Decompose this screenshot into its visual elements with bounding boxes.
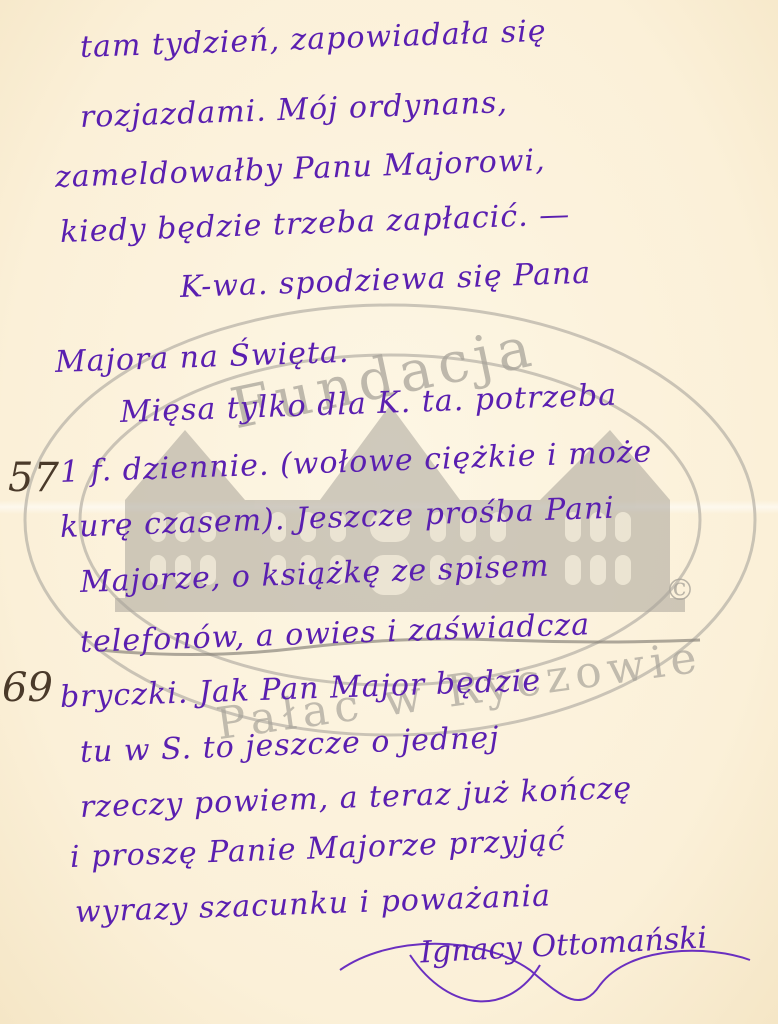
copyright-icon: © (665, 573, 695, 608)
letter-line: rzeczy powiem, a teraz już kończę (79, 771, 632, 825)
letter-line: bryczki. Jak Pan Major będzie (59, 663, 541, 715)
margin-note: 69 (2, 665, 53, 711)
letter-line: i proszę Panie Majorze przyjąć (69, 823, 566, 875)
letter-line: K-wa. spodziewa się Pana (179, 256, 591, 305)
letter-line: Majora na Święta. (54, 335, 350, 380)
letter-line: kiedy będzie trzeba zapłacić. — (59, 197, 570, 250)
letter-line: Majorze, o książkę ze spisem (79, 549, 550, 600)
letter-line: rozjazdami. Mój ordynans, (79, 85, 508, 135)
letter-line: wyrazy szacunku i poważania (74, 878, 551, 930)
letter-line: 1 f. dziennie. (wołowe ciężkie i może (59, 434, 652, 490)
letter-line: tam tydzień, zapowiadała się (79, 14, 547, 65)
letter-line: telefonów, a owies i zaświadcza (79, 607, 590, 660)
letter-page: Fundacja Pałac w Ryczowie © tam tydzień,… (0, 0, 778, 1024)
letter-line: kurę czasem). Jeszcze prośba Pani (59, 491, 615, 545)
letter-line: zameldowałby Panu Majorowi, (54, 143, 546, 195)
letter-line: tu w S. to jeszcze o jednej (79, 720, 500, 770)
letter-line: Mięsa tylko dla K. ta. potrzeba (119, 378, 617, 430)
margin-note: 57 (8, 455, 59, 501)
